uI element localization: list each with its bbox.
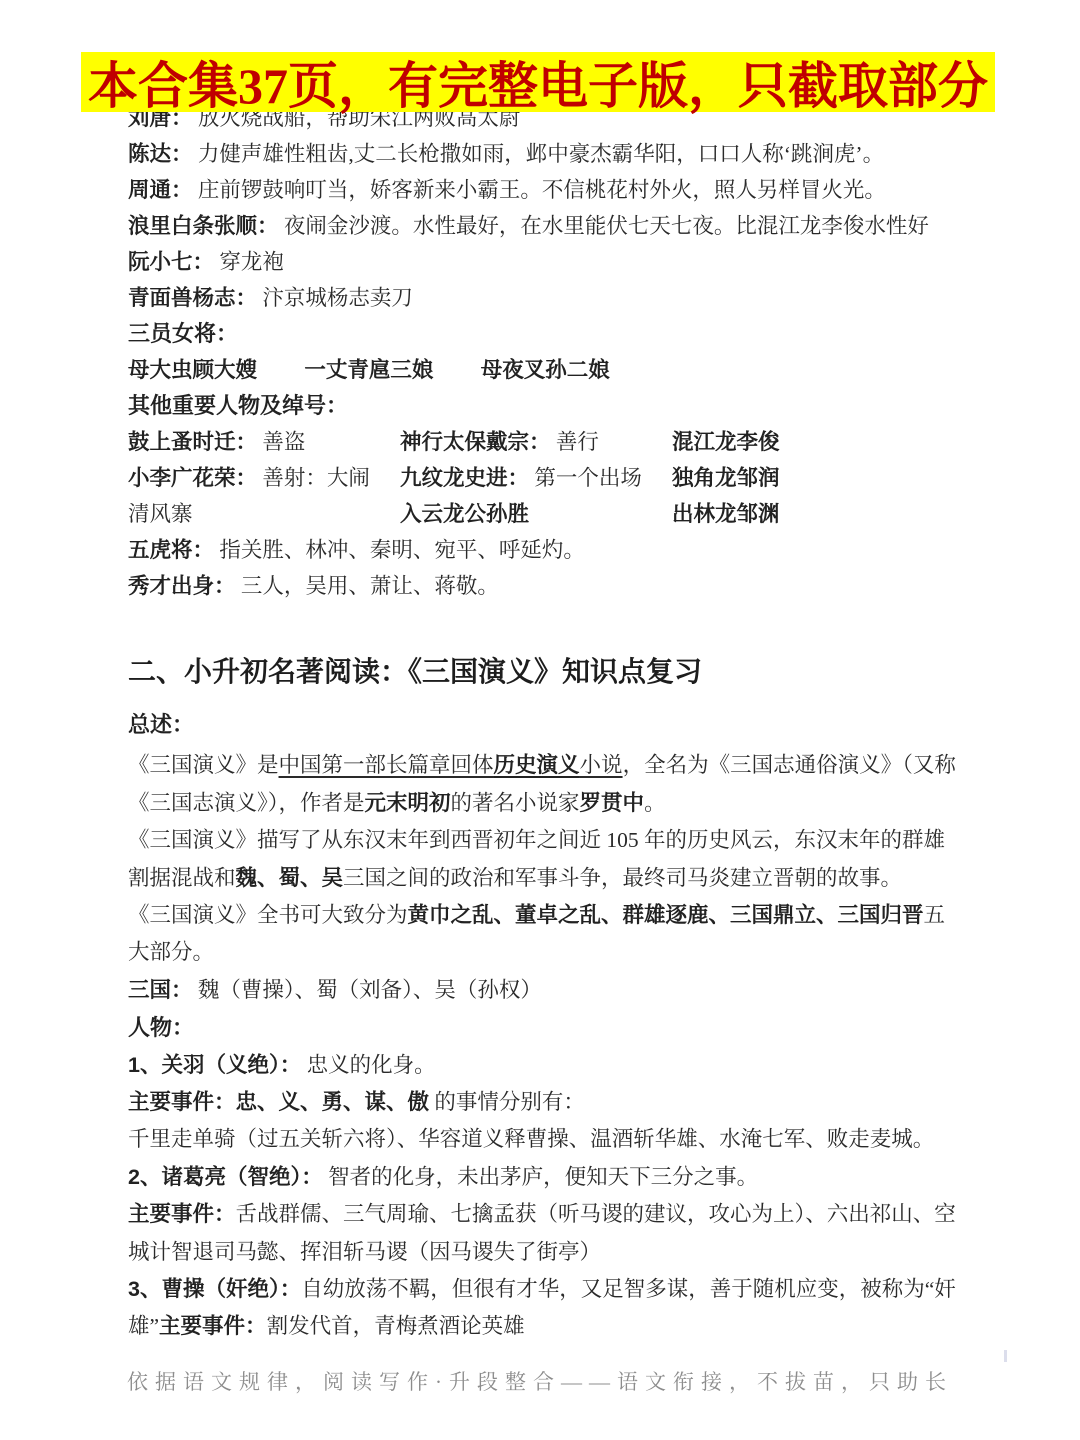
table-cell: 鼓上蚤时迁： 善盗 [128, 424, 400, 460]
character-desc: 穿龙袍 [219, 250, 284, 274]
nickname-table-row: 小李广花荣： 善射：大闹 九纹龙史进： 第一个出场 独角龙邹润 [128, 460, 958, 496]
character-desc: 忠义的化身。 [307, 1053, 436, 1077]
character-desc: 智者的化身，未出茅庐，便知天下三分之事。 [328, 1165, 758, 1189]
female-generals-heading: 三员女将： [128, 316, 958, 352]
character-desc: 力健声雄性粗齿,丈二长枪撒如雨，邺中豪杰霸华阳，口口人称‘跳涧虎’。 [198, 142, 884, 166]
character-name: 独角龙邹润 [672, 466, 780, 490]
term-label: 秀才出身： [128, 574, 236, 598]
five-tigers-line: 五虎将： 指关胜、林冲、秦明、宛平、呼延灼。 [128, 532, 958, 568]
table-cell: 独角龙邹润 [672, 460, 958, 496]
character-name: 1、关羽（义绝）： [128, 1053, 301, 1077]
table-cell: 清风寨 [128, 496, 400, 532]
character-name: 出林龙邹渊 [672, 502, 780, 526]
table-cell: 出林龙邹渊 [672, 496, 958, 532]
character-name: 2、诸葛亮（智绝）： [128, 1165, 323, 1189]
nickname-table-row: 鼓上蚤时迁： 善盗 神行太保戴宗： 善行 混江龙李俊 [128, 424, 958, 460]
character-line-chenda: 陈达： 力健声雄性粗齿,丈二长枪撒如雨，邺中豪杰霸华阳，口口人称‘跳涧虎’。 [128, 136, 958, 172]
character-desc: 庄前锣鼓响叮当，娇客新来小霸王。不信桃花村外火，照人另样冒火光。 [198, 178, 886, 202]
character-name: 小李广花荣： [128, 466, 257, 490]
female-general-name: 母大虫顾大嫂 [128, 358, 257, 382]
character-line-zhangshun: 浪里白条张顺： 夜闹金沙渡。水性最好，在水里能伏七天七夜。比混江龙李俊水性好 [128, 208, 958, 244]
caocao-paragraph: 3、曹操（奸绝）：自幼放荡不羁，但很有才华，又足智多谋，善于随机应变，被称为“奸… [128, 1271, 958, 1346]
character-name: 神行太保戴宗： [400, 430, 551, 454]
zhugeliang-events-paragraph: 主要事件：舌战群儒、三气周瑜、七擒孟获（听马谡的建议，攻心为上）、六出祁山、空城… [128, 1196, 958, 1271]
characters-label: 人物： [128, 1009, 958, 1046]
nickname-table-row: 清风寨 入云龙公孙胜 出林龙邹渊 [128, 496, 958, 532]
guanyu-events-line: 千里走单骑（过五关斩六将）、华容道义释曹操、温酒斩华雄、水淹七军、败走麦城。 [128, 1121, 958, 1158]
character-desc: 夜闹金沙渡。水性最好，在水里能伏七天七夜。比混江龙李俊水性好 [284, 214, 929, 238]
character-line-ruanxiaoqi: 阮小七： 穿龙袍 [128, 244, 958, 280]
guanyu-line: 1、关羽（义绝）： 忠义的化身。 [128, 1047, 958, 1084]
character-name: 鼓上蚤时迁： [128, 430, 257, 454]
scan-artifact [1004, 1350, 1007, 1362]
footer-slogan: 依据语文规律，阅读写作·升段整合——语文衔接，不拔苗，只助长 [127, 1370, 953, 1394]
overview-paragraph-2: 《三国演义》描写了从东汉末年到西晋初年之间近 105 年的历史风云，东汉末年的群… [128, 822, 958, 897]
term-desc: 指关胜、林冲、秦明、宛平、呼延灼。 [219, 538, 585, 562]
character-name: 周通： [128, 178, 193, 202]
table-cell: 混江龙李俊 [672, 424, 958, 460]
scholars-line: 秀才出身： 三人，吴用、萧让、蒋敬。 [128, 568, 958, 604]
term-label: 五虎将： [128, 538, 214, 562]
promo-banner: 本合集37页，有完整电子版，只截取部分 [81, 52, 995, 112]
female-general-name: 一丈青扈三娘 [304, 358, 433, 382]
character-name: 浪里白条张顺： [128, 214, 279, 238]
character-line-zhoutong: 周通： 庄前锣鼓响叮当，娇客新来小霸王。不信桃花村外火，照人另样冒火光。 [128, 172, 958, 208]
female-generals-row: 母大虫顾大嫂 一丈青扈三娘 母夜叉孙二娘 [128, 352, 958, 388]
character-desc: 善射：大闹 [262, 466, 370, 490]
character-name: 陈达： [128, 142, 193, 166]
character-desc: 清风寨 [128, 502, 193, 526]
zhugeliang-line: 2、诸葛亮（智绝）： 智者的化身，未出茅庐，便知天下三分之事。 [128, 1159, 958, 1196]
character-name: 青面兽杨志： [128, 286, 257, 310]
character-name: 九纹龙史进： [400, 466, 529, 490]
other-characters-heading: 其他重要人物及绰号： [128, 388, 958, 424]
page-footer: 依据语文规律，阅读写作·升段整合——语文衔接，不拔苗，只助长 [0, 1366, 1080, 1396]
overview-paragraph-1: 《三国演义》是中国第一部长篇章回体历史演义小说，全名为《三国志通俗演义》（又称《… [128, 747, 958, 822]
section-heading: 二、小升初名著阅读：《三国演义》知识点复习 [128, 650, 958, 694]
document-page: 本合集37页，有完整电子版，只截取部分 刘唐： 放火烧战船，帮助宋江两败高太尉 … [0, 0, 1080, 1440]
character-name: 阮小七： [128, 250, 214, 274]
character-name: 3、曹操（奸绝）： [128, 1277, 301, 1301]
table-cell: 九纹龙史进： 第一个出场 [400, 460, 672, 496]
three-kingdoms-line: 三国： 魏（曹操）、蜀（刘备）、吴（孙权） [128, 972, 958, 1009]
female-general-name: 母夜叉孙二娘 [481, 358, 610, 382]
table-cell: 入云龙公孙胜 [400, 496, 672, 532]
character-line-yangzhi: 青面兽杨志： 汴京城杨志卖刀 [128, 280, 958, 316]
character-desc: 善行 [556, 430, 599, 454]
character-desc: 汴京城杨志卖刀 [262, 286, 413, 310]
overview-label: 总述： [128, 706, 958, 743]
promo-banner-text: 本合集37页，有完整电子版，只截取部分 [88, 46, 988, 118]
character-desc: 善盗 [262, 430, 305, 454]
character-name: 入云龙公孙胜 [400, 502, 529, 526]
document-content: 刘唐： 放火烧战船，帮助宋江两败高太尉 陈达： 力健声雄性粗齿,丈二长枪撒如雨，… [128, 100, 958, 1346]
term-label: 三国： [128, 978, 193, 1002]
term-desc: 魏（曹操）、蜀（刘备）、吴（孙权） [198, 978, 542, 1002]
overview-paragraph-3: 《三国演义》全书可大致分为黄巾之乱、董卓之乱、群雄逐鹿、三国鼎立、三国归晋五大部… [128, 897, 958, 972]
table-cell: 小李广花荣： 善射：大闹 [128, 460, 400, 496]
character-desc: 第一个出场 [534, 466, 642, 490]
character-name: 混江龙李俊 [672, 430, 780, 454]
table-cell: 神行太保戴宗： 善行 [400, 424, 672, 460]
term-desc: 三人，吴用、萧让、蒋敬。 [241, 574, 499, 598]
guanyu-events-label: 主要事件：忠、义、勇、谋、傲 的事情分别有： [128, 1084, 958, 1121]
